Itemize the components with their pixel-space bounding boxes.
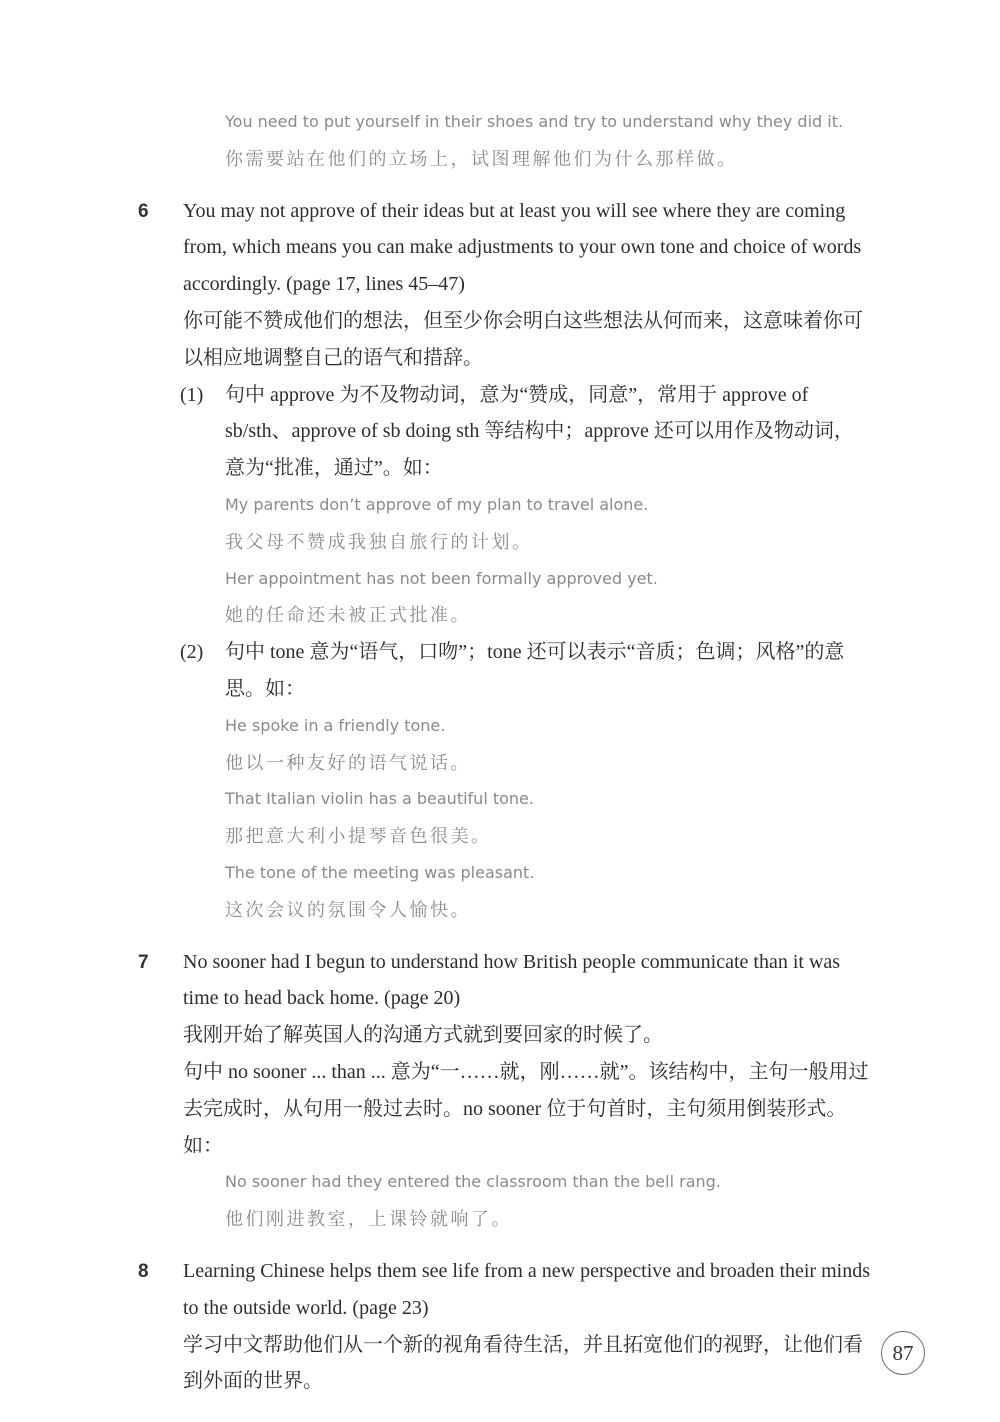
item-number: 6 (138, 193, 183, 929)
example-en-text: My parents don’t approve of my plan to t… (225, 487, 870, 524)
item-number: 7 (138, 944, 183, 1238)
example-zh-text: 那把意大利小提琴音色很美。 (225, 818, 870, 855)
subitem-1: (1)句中 approve 为不及物动词，意为“赞成，同意”，常用于 appro… (180, 377, 870, 635)
example-zh-text: 我父母不赞成我独自旅行的计划。 (225, 524, 870, 561)
item-en-text: You may not approve of their ideas but a… (183, 193, 870, 303)
intro-example-zh: 你需要站在他们的立场上，试图理解他们为什么那样做。 (225, 141, 870, 178)
page-number: 87 (893, 1341, 914, 1366)
item-8-body: Learning Chinese helps them see life fro… (183, 1253, 870, 1400)
item-en-text: No sooner had I begun to understand how … (183, 944, 870, 1018)
subitem-1-body: 句中 approve 为不及物动词，意为“赞成，同意”，常用于 approve … (225, 377, 870, 635)
example-zh-text: 这次会议的氛围令人愉快。 (225, 892, 870, 929)
subitem-note-text: 句中 tone 意为“语气，口吻”；tone 还可以表示“音质；色调；风格”的意… (225, 634, 870, 708)
book-page: You need to put yourself in their shoes … (0, 0, 1000, 1400)
example-en-text: That Italian violin has a beautiful tone… (225, 781, 870, 818)
item-7: 7No sooner had I begun to understand how… (138, 944, 870, 1238)
example-en-text: No sooner had they entered the classroom… (225, 1164, 870, 1201)
example-en-text: The tone of the meeting was pleasant. (225, 855, 870, 892)
item-number: 8 (138, 1253, 183, 1400)
intro-example-block: You need to put yourself in their shoes … (225, 104, 870, 178)
item-zh-text: 学习中文帮助他们从一个新的视角看待生活，并且拓宽他们的视野，让他们看到外面的世界… (183, 1327, 870, 1401)
intro-example-en: You need to put yourself in their shoes … (225, 104, 870, 141)
subitem-marker: (2) (180, 634, 225, 928)
example-zh-text: 他们刚进教室，上课铃就响了。 (225, 1201, 870, 1238)
item-note-text: 句中 no sooner ... than ... 意为“一……就，刚……就”。… (183, 1054, 870, 1164)
item-6-body: You may not approve of their ideas but a… (183, 193, 870, 929)
subitem-marker: (1) (180, 377, 225, 635)
example-en-text: Her appointment has not been formally ap… (225, 561, 870, 598)
item-zh-text: 你可能不赞成他们的想法，但至少你会明白这些想法从何而来，这意味着你可以相应地调整… (183, 303, 870, 377)
example-zh-text: 他以一种友好的语气说话。 (225, 745, 870, 782)
item-6: 6You may not approve of their ideas but … (138, 193, 870, 929)
subitem-2-body: 句中 tone 意为“语气，口吻”；tone 还可以表示“音质；色调；风格”的意… (225, 634, 870, 928)
items-container: 6You may not approve of their ideas but … (138, 193, 870, 1401)
example-en-text: He spoke in a friendly tone. (225, 708, 870, 745)
subitem-2: (2)句中 tone 意为“语气，口吻”；tone 还可以表示“音质；色调；风格… (180, 634, 870, 928)
example-zh-text: 她的任命还未被正式批准。 (225, 597, 870, 634)
item-8: 8Learning Chinese helps them see life fr… (138, 1253, 870, 1400)
item-7-body: No sooner had I begun to understand how … (183, 944, 870, 1238)
page-number-badge: 87 (881, 1331, 925, 1375)
item-zh-text: 我刚开始了解英国人的沟通方式就到要回家的时候了。 (183, 1017, 870, 1054)
subitem-note-text: 句中 approve 为不及物动词，意为“赞成，同意”，常用于 approve … (225, 377, 870, 487)
item-en-text: Learning Chinese helps them see life fro… (183, 1253, 870, 1327)
